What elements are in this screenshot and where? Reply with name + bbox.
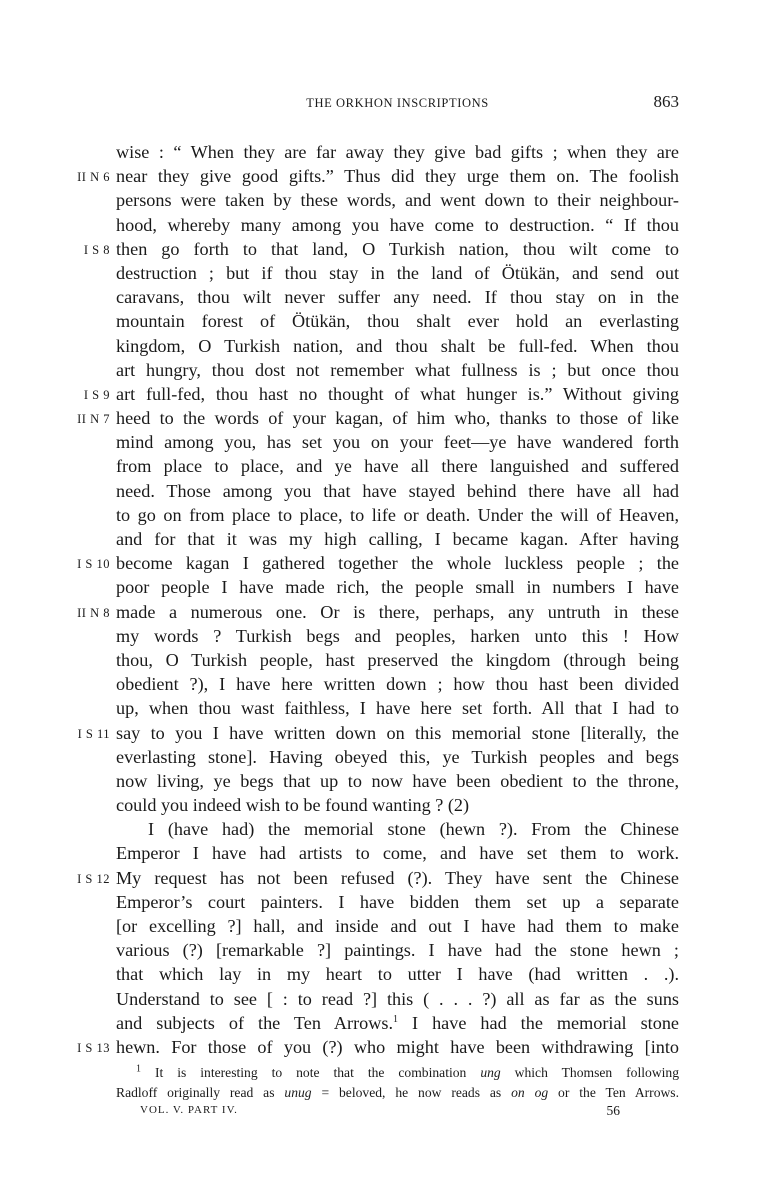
sheet-number: 56 bbox=[607, 1103, 621, 1119]
text-line: made a numerous one. Or is there, perhap… bbox=[116, 600, 679, 624]
margin-ref: II N 6 bbox=[77, 165, 110, 189]
footnote: 1 It is interesting to note that the com… bbox=[116, 1063, 679, 1103]
text-line: Understand to see [ : to read ?] this ( … bbox=[116, 987, 679, 1011]
text-line: obedient ?), I have here written down ; … bbox=[116, 672, 679, 696]
text-line: from place to place, and ye have all the… bbox=[116, 454, 679, 478]
text-line: destruction ; but if thou stay in the la… bbox=[116, 261, 679, 285]
text-line: everlasting stone]. Having obeyed this, … bbox=[116, 745, 679, 769]
text-line: now living, ye begs that up to now have … bbox=[116, 769, 679, 793]
text-line: [or excelling ?] hall, and inside and ou… bbox=[116, 914, 679, 938]
text-line: mind among you, has set you on your feet… bbox=[116, 430, 679, 454]
footnote-italic: on og bbox=[511, 1085, 548, 1100]
text-line: caravans, thou wilt never suffer any nee… bbox=[116, 285, 679, 309]
document-page: THE ORKHON INSCRIPTIONS 863 wise : “ Whe… bbox=[0, 0, 760, 1196]
text-line: art full-fed, thou hast no thought of wh… bbox=[116, 382, 679, 406]
margin-ref: I S 13 bbox=[77, 1036, 110, 1060]
footnote-text: It is interesting to note that the combi… bbox=[141, 1065, 480, 1080]
running-title: THE ORKHON INSCRIPTIONS bbox=[116, 96, 679, 111]
running-head: THE ORKHON INSCRIPTIONS 863 bbox=[116, 92, 679, 114]
text-line: hood, whereby many among you have come t… bbox=[116, 213, 679, 237]
margin-ref: I S 12 bbox=[77, 867, 110, 891]
text-line: Emperor’s court painters. I have bidden … bbox=[116, 890, 679, 914]
text-segment: I have had the memorial stone bbox=[398, 1013, 679, 1033]
text-line: poor people I have made rich, the people… bbox=[116, 575, 679, 599]
text-line: near they give good gifts.” Thus did the… bbox=[116, 164, 679, 188]
text-line: become kagan I gathered together the who… bbox=[116, 551, 679, 575]
text-line: persons were taken by these words, and w… bbox=[116, 188, 679, 212]
text-line: say to you I have written down on this m… bbox=[116, 721, 679, 745]
text-line: my words ? Turkish begs and peoples, har… bbox=[116, 624, 679, 648]
text-line: various (?) [remarkable ?] paintings. I … bbox=[116, 938, 679, 962]
margin-ref: II N 8 bbox=[77, 601, 110, 625]
margin-ref: I S 10 bbox=[77, 552, 110, 576]
text-line: heed to the words of your kagan, of him … bbox=[116, 406, 679, 430]
footnote-line: Radloff originally read as unug = belove… bbox=[116, 1083, 679, 1103]
text-line: My request has not been refused (?). The… bbox=[116, 866, 679, 890]
text-line: kingdom, O Turkish nation, and thou shal… bbox=[116, 334, 679, 358]
text-line: to go on from place to place, to life or… bbox=[116, 503, 679, 527]
text-line: and for that it was my high calling, I b… bbox=[116, 527, 679, 551]
margin-ref: I S 8 bbox=[84, 238, 110, 262]
footnote-text: or the Ten Arrows. bbox=[548, 1085, 679, 1100]
text-line: up, when thou wast faithless, I have her… bbox=[116, 696, 679, 720]
text-segment: and subjects of the Ten Arrows. bbox=[116, 1013, 393, 1033]
paragraph-end-line: could you indeed wish to be found wantin… bbox=[116, 793, 679, 817]
footnote-line: 1 It is interesting to note that the com… bbox=[116, 1063, 679, 1083]
text-line: need. Those among you that have stayed b… bbox=[116, 479, 679, 503]
body-text: wise : “ When they are far away they giv… bbox=[0, 140, 760, 1059]
text-line: wise : “ When they are far away they giv… bbox=[116, 140, 679, 164]
volume-label: VOL. V. PART IV. bbox=[140, 1104, 238, 1116]
text-line: thou, O Turkish people, hast preserved t… bbox=[116, 648, 679, 672]
footnote-italic: unug bbox=[284, 1085, 311, 1100]
footnote-text: Radloff originally read as bbox=[116, 1085, 284, 1100]
paragraph-start-line: I (have had) the memorial stone (hewn ?)… bbox=[148, 817, 679, 841]
text-line: and subjects of the Ten Arrows.1 I have … bbox=[116, 1011, 679, 1035]
signature-line: VOL. V. PART IV. 56 bbox=[140, 1104, 620, 1116]
text-line: that which lay in my heart to utter I ha… bbox=[116, 962, 679, 986]
margin-ref: I S 11 bbox=[78, 722, 110, 746]
footnote-text: = beloved, he now reads as bbox=[312, 1085, 512, 1100]
margin-ref: I S 9 bbox=[84, 383, 110, 407]
text-line: Emperor I have had artists to come, and … bbox=[116, 841, 679, 865]
text-line: art hungry, thou dost not remember what … bbox=[116, 358, 679, 382]
margin-ref: II N 7 bbox=[77, 407, 110, 431]
footnote-text: which Thomsen following bbox=[501, 1065, 679, 1080]
text-line: hewn. For those of you (?) who might hav… bbox=[116, 1035, 679, 1059]
footnote-italic: ung bbox=[480, 1065, 500, 1080]
text-line: then go forth to that land, O Turkish na… bbox=[116, 237, 679, 261]
page-number: 863 bbox=[654, 92, 680, 112]
text-line: mountain forest of Ötükän, thou shalt ev… bbox=[116, 309, 679, 333]
